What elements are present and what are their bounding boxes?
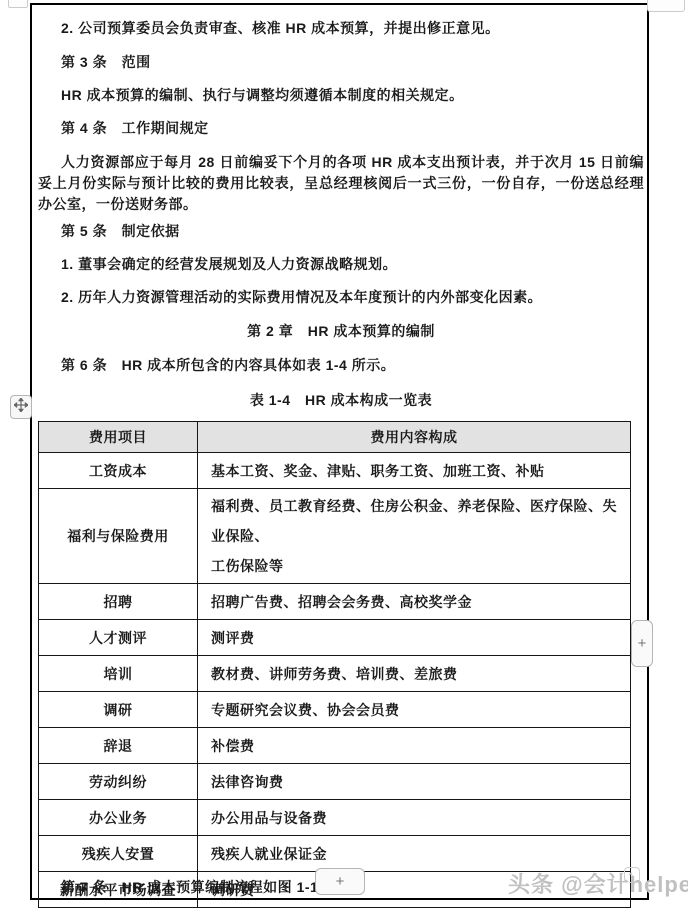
plus-icon: + <box>336 873 345 890</box>
table-row: 办公业务办公用品与设备费 <box>39 800 631 836</box>
top-left-ui-fragment <box>8 0 28 8</box>
fee-content-cell: 残疾人就业保证金 <box>198 836 631 872</box>
top-right-ui-fragment <box>647 0 685 12</box>
heading-article-3: 第 3 条 范围 <box>38 52 644 73</box>
fee-item-cell: 残疾人安置 <box>39 836 198 872</box>
document-page: 2. 公司预算委员会负责审查、核准 HR 成本预算，并提出修正意见。 第 3 条… <box>30 3 649 900</box>
fee-content-cell: 招聘广告费、招聘会会务费、高校奖学金 <box>198 584 631 620</box>
table-row: 福利与保险费用福利费、员工教育经费、住房公积金、养老保险、医疗保险、失业保险、 … <box>39 489 631 584</box>
paragraph-scope: HR 成本预算的编制、执行与调整均须遵循本制度的相关规定。 <box>38 85 644 106</box>
table-row: 调研专题研究会议费、协会会员费 <box>39 692 631 728</box>
add-column-button[interactable]: + <box>631 620 653 667</box>
toutiao-watermark: 头条 @会计helper <box>508 868 688 899</box>
table-row: 劳动纠纷法律咨询费 <box>39 764 631 800</box>
heading-article-5: 第 5 条 制定依据 <box>38 221 644 242</box>
paragraph-basis-1: 1. 董事会确定的经营发展规划及人力资源战略规划。 <box>38 254 644 275</box>
table-row: 工资成本基本工资、奖金、津贴、职务工资、加班工资、补贴 <box>39 453 631 489</box>
fee-item-cell: 劳动纠纷 <box>39 764 198 800</box>
fee-item-cell: 调研 <box>39 692 198 728</box>
table-caption: 表 1-4 HR 成本构成一览表 <box>38 390 644 411</box>
fee-item-cell: 福利与保险费用 <box>39 489 198 584</box>
move-cross-icon <box>14 398 28 417</box>
table-header-row: 费用项目 费用内容构成 <box>39 422 631 453</box>
heading-article-6: 第 6 条 HR 成本所包含的内容具体如表 1-4 所示。 <box>38 355 644 376</box>
add-row-button[interactable]: + <box>315 868 365 895</box>
fee-item-cell: 工资成本 <box>39 453 198 489</box>
fee-content-cell: 补偿费 <box>198 728 631 764</box>
fee-content-cell: 测评费 <box>198 620 631 656</box>
fee-content-cell: 办公用品与设备费 <box>198 800 631 836</box>
table-row: 培训教材费、讲师劳务费、培训费、差旅费 <box>39 656 631 692</box>
fee-item-cell: 人才测评 <box>39 620 198 656</box>
fee-item-cell: 辞退 <box>39 728 198 764</box>
table-row: 人才测评测评费 <box>39 620 631 656</box>
hr-cost-table: 费用项目 费用内容构成 工资成本基本工资、奖金、津贴、职务工资、加班工资、补贴福… <box>38 421 631 908</box>
fee-content-cell: 教材费、讲师劳务费、培训费、差旅费 <box>198 656 631 692</box>
header-fee-item: 费用项目 <box>39 422 198 453</box>
table-row: 残疾人安置残疾人就业保证金 <box>39 836 631 872</box>
plus-icon: + <box>638 635 647 652</box>
paragraph-work-period: 人力资源部应于每月 28 日前编妥下个月的各项 HR 成本支出预计表，并于次月 … <box>38 152 644 215</box>
table-move-handle[interactable] <box>10 395 32 419</box>
fee-content-cell: 法律咨询费 <box>198 764 631 800</box>
fee-content-cell: 福利费、员工教育经费、住房公积金、养老保险、医疗保险、失业保险、 工伤保险等 <box>198 489 631 584</box>
header-fee-content: 费用内容构成 <box>198 422 631 453</box>
fee-item-cell: 招聘 <box>39 584 198 620</box>
table-row: 辞退补偿费 <box>39 728 631 764</box>
fee-item-cell: 培训 <box>39 656 198 692</box>
fee-content-cell: 专题研究会议费、协会会员费 <box>198 692 631 728</box>
paragraph-item-2: 2. 公司预算委员会负责审查、核准 HR 成本预算，并提出修正意见。 <box>38 18 644 39</box>
chapter-2-heading: 第 2 章 HR 成本预算的编制 <box>38 321 644 342</box>
fee-item-cell: 办公业务 <box>39 800 198 836</box>
fee-content-cell: 基本工资、奖金、津贴、职务工资、加班工资、补贴 <box>198 453 631 489</box>
heading-article-4: 第 4 条 工作期间规定 <box>38 118 644 139</box>
table-row: 招聘招聘广告费、招聘会会务费、高校奖学金 <box>39 584 631 620</box>
paragraph-basis-2: 2. 历年人力资源管理活动的实际费用情况及本年度预计的内外部变化因素。 <box>38 287 644 308</box>
